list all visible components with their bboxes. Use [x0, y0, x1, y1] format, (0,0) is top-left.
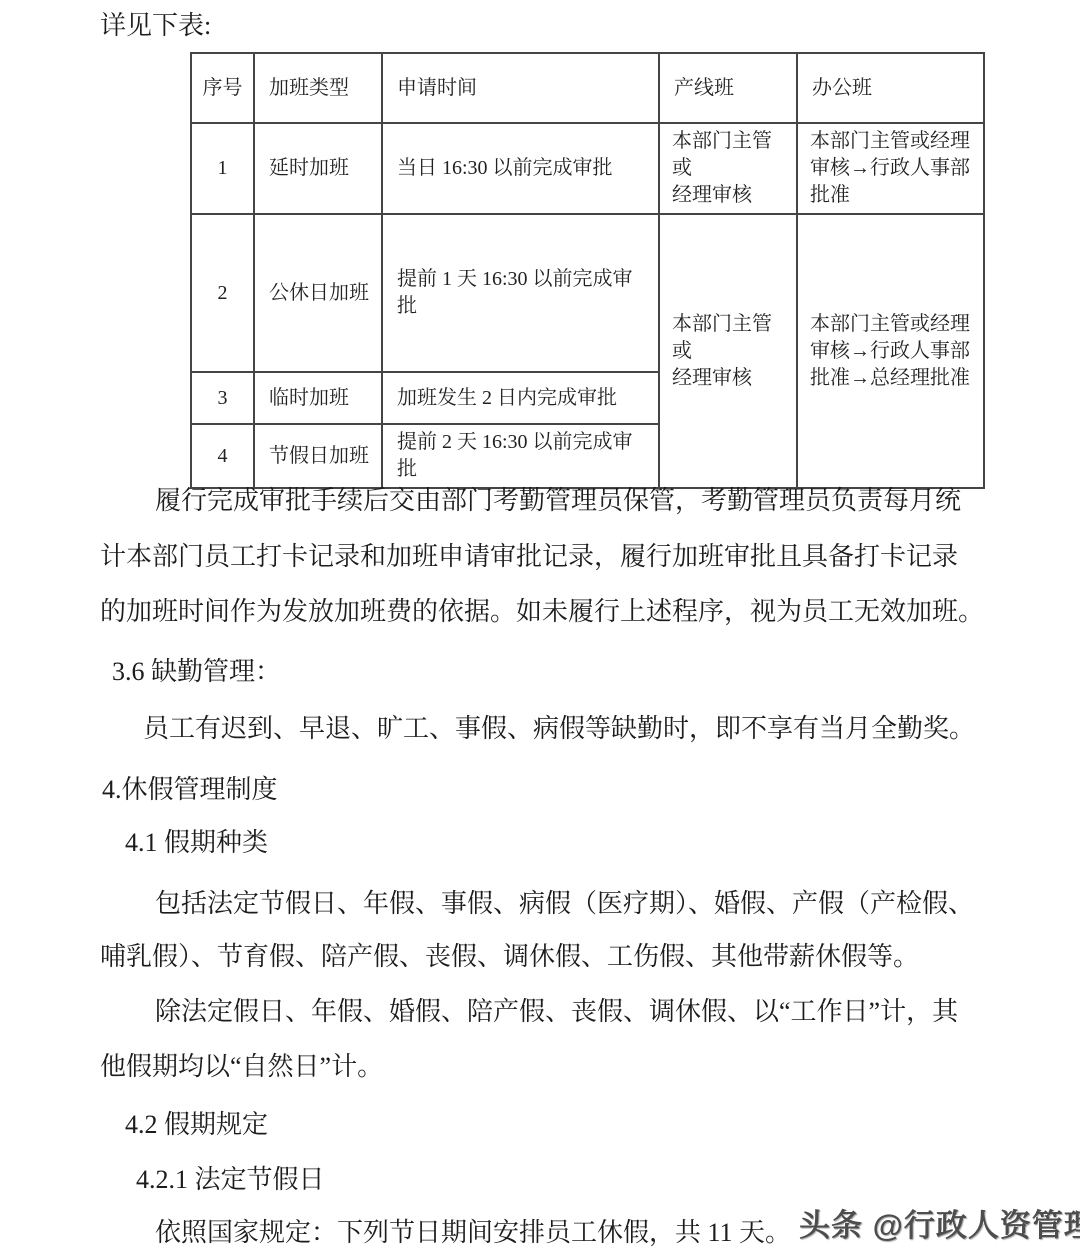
table-row: 2 公休日加班 提前 1 天 16:30 以前完成审批 本部门主管或 经理审核 … [191, 214, 984, 372]
cell-no: 4 [191, 424, 254, 488]
document-page: 详见下表: 序号 加班类型 申请时间 产线班 办公班 1 延时加班 当日 16: [0, 0, 1080, 1260]
col-header-line-shift: 产线班 [659, 53, 797, 123]
approval-note-line2: 计本部门员工打卡记录和加班申请审批记录，履行加班审批且具备打卡记录 [100, 542, 958, 572]
cell-office-shift-merged: 本部门主管或经理 审核→行政人事部 批准→总经理批准 [797, 214, 984, 488]
leave-types-line1: 包括法定节假日、年假、事假、病假（医疗期）、婚假、产假（产检假、 [155, 889, 974, 919]
cell-no: 1 [191, 123, 254, 214]
approval-note-line1: 履行完成审批手续后交由部门考勤管理员保管，考勤管理员负责每月统 [155, 486, 961, 516]
cell-time: 加班发生 2 日内完成审批 [382, 372, 659, 424]
cell-no: 2 [191, 214, 254, 372]
table-header-row: 序号 加班类型 申请时间 产线班 办公班 [191, 53, 984, 123]
cell-type: 延时加班 [254, 123, 382, 214]
cell-office-shift: 本部门主管或经理 审核→行政人事部 批准 [797, 123, 984, 214]
cell-type: 临时加班 [254, 372, 382, 424]
watermark: 头条 @行政人资管理 [799, 1200, 1080, 1245]
cell-no: 3 [191, 372, 254, 424]
section-heading-4-1: 4.1 假期种类 [125, 828, 268, 858]
cell-time: 当日 16:30 以前完成审批 [382, 123, 659, 214]
section-heading-4-2-1: 4.2.1 法定节假日 [136, 1165, 325, 1195]
leave-types-line2: 哺乳假）、节育假、陪产假、丧假、调休假、工伤假、其他带薪休假等。 [100, 942, 919, 972]
section-heading-4-2: 4.2 假期规定 [125, 1110, 268, 1140]
approval-note-line3: 的加班时间作为发放加班费的依据。如未履行上述程序，视为员工无效加班。 [100, 597, 984, 627]
cell-line-shift-merged: 本部门主管或 经理审核 [659, 214, 797, 488]
table-row: 1 延时加班 当日 16:30 以前完成审批 本部门主管或 经理审核 本部门主管… [191, 123, 984, 214]
intro-text: 详见下表: [100, 11, 211, 41]
absence-body: 员工有迟到、早退、旷工、事假、病假等缺勤时，即不享有当月全勤奖。 [143, 714, 975, 744]
overtime-approval-table: 序号 加班类型 申请时间 产线班 办公班 1 延时加班 当日 16:30 以前完… [190, 52, 985, 489]
cell-type: 节假日加班 [254, 424, 382, 488]
cell-type: 公休日加班 [254, 214, 382, 372]
section-heading-3-6: 3.6 缺勤管理： [112, 657, 281, 687]
overtime-approval-table-wrap: 序号 加班类型 申请时间 产线班 办公班 1 延时加班 当日 16:30 以前完… [190, 52, 985, 489]
col-header-office-shift: 办公班 [797, 53, 984, 123]
statutory-holiday-body: 依照国家规定：下列节日期间安排员工休假，共 11 天。 [155, 1218, 791, 1248]
col-header-time: 申请时间 [382, 53, 659, 123]
col-header-type: 加班类型 [254, 53, 382, 123]
cell-line-shift: 本部门主管或 经理审核 [659, 123, 797, 214]
section-heading-4: 4.休假管理制度 [102, 775, 278, 805]
col-header-no: 序号 [191, 53, 254, 123]
cell-time: 提前 2 天 16:30 以前完成审批 [382, 424, 659, 488]
cell-time: 提前 1 天 16:30 以前完成审批 [382, 214, 659, 372]
leave-types-line4: 他假期均以“自然日”计。 [100, 1052, 383, 1082]
leave-types-line3: 除法定假日、年假、婚假、陪产假、丧假、调休假、以“工作日”计，其 [155, 997, 958, 1027]
